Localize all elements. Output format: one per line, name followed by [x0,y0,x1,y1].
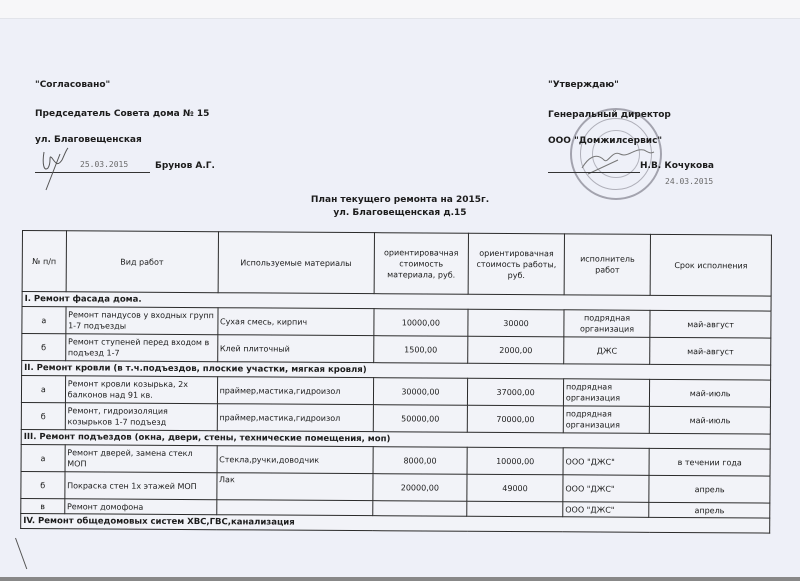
cell-num: а [22,307,66,334]
table-header-row: № п/п Вид работ Используемые материалы о… [22,231,771,297]
header-num: № п/п [22,231,66,292]
cell-num: б [22,334,66,361]
cell-work: Ремонт домофона [64,499,216,515]
cell-contractor: подрядная организация [564,310,650,338]
signature-line-right [548,172,640,173]
scan-bottom-edge [0,577,800,581]
cell-num: б [21,471,65,498]
approval-left-position: Председатель Совета дома № 15 [35,109,209,119]
cell-work-cost: 30000 [468,309,564,337]
cell-work-cost: 49000 [467,474,563,502]
section-title: IV. Ремонт общедомовых систем ХВС,ГВС,ка… [21,513,770,533]
approval-right-heading: "Утверждаю" [548,80,619,90]
cell-deadline: в течении года [649,448,770,476]
cell-num: а [21,376,65,403]
handwritten-signature-left [38,142,78,192]
cell-work: Ремонт дверей, замена стекл МОП [65,445,217,473]
header-materials: Используемые материалы [218,232,374,294]
cell-deadline: апрель [649,502,770,518]
cell-work-cost: 2000,00 [468,336,564,364]
header-contractor: исполнитель работ [564,234,651,296]
cell-work: Ремонт пандусов у входных групп 1-7 подъ… [66,307,218,335]
approval-left-date: 25.03.2015 [80,160,128,169]
cell-material-cost: 50000,00 [373,405,468,433]
cell-contractor: ООО "ДЖС" [563,475,649,503]
approval-right-company: ООО "Домжилсервис" [548,136,662,146]
section-row: IV. Ремонт общедомовых систем ХВС,ГВС,ка… [21,513,770,533]
cell-material-cost [372,501,467,517]
cell-work: Ремонт, гидроизоляция козырьков 1-7 подъ… [65,403,217,431]
header-deadline: Срок исполнения [650,234,771,296]
cell-material-cost: 20000,00 [372,474,467,502]
approval-left-heading: "Согласовано" [35,80,110,90]
handwritten-signature-right [578,140,658,180]
cell-work-cost: 10000,00 [467,447,563,475]
cell-materials: Лак [216,473,372,501]
cell-num: в [21,498,65,513]
header-work-cost: ориентировачная стоимость работы, руб. [468,233,564,295]
cell-contractor: ООО "ДЖС" [563,448,649,476]
scan-top-edge [0,0,800,19]
cell-material-cost: 1500,00 [373,336,468,364]
cell-materials: Сухая смесь, кирпич [217,308,373,336]
approval-right-position: Генеральный директор [548,110,671,120]
cell-contractor: подрядная организация [563,406,649,434]
cell-contractor: ООО "ДЖС" [563,502,649,518]
cell-num: а [21,444,65,471]
document-subtitle: ул. Благовещенская д.15 [250,208,550,218]
pen-mark [15,538,27,569]
cell-materials: праймер,мастика,гидроизол [217,377,373,405]
cell-material-cost: 10000,00 [373,309,468,337]
cell-material-cost: 30000,00 [373,378,468,406]
cell-material-cost: 8000,00 [373,447,468,475]
cell-work: Ремонт ступеней перед входом в подъезд 1… [65,334,217,362]
cell-work: Ремонт кровли козырька, 2х балконов над … [65,376,217,404]
cell-work-cost [467,501,563,517]
cell-contractor: ДЖС [564,337,650,365]
cell-deadline: май-август [650,337,771,365]
approval-right-date: 24.03.2015 [665,177,713,186]
approval-right-signatory: Н.В. Кочукова [640,161,714,171]
cell-deadline: май-август [650,310,771,338]
cell-work-cost: 70000,00 [468,405,564,433]
cell-work: Покраска стен 1х этажей МОП [65,472,217,500]
repair-plan-table: № п/п Вид работ Используемые материалы о… [20,230,772,534]
cell-materials: праймер,мастика,гидроизол [217,404,373,432]
header-work-type: Вид работ [66,231,218,293]
cell-contractor: подрядная организация [563,379,649,407]
document-title: План текущего ремонта на 2015г. [250,195,550,205]
cell-deadline: апрель [649,475,770,503]
cell-materials: Клей плиточный [217,335,373,363]
cell-deadline: май-июль [650,406,771,434]
cell-materials [216,500,372,516]
cell-materials: Стекла,ручки,доводчик [217,446,373,474]
cell-deadline: май-июль [650,379,771,407]
cell-work-cost: 37000,00 [468,378,564,406]
header-material-cost: ориентировачная стоимость материала, руб… [374,233,469,295]
approval-left-signatory: Брунов А.Г. [155,161,215,171]
cell-num: б [21,402,65,429]
